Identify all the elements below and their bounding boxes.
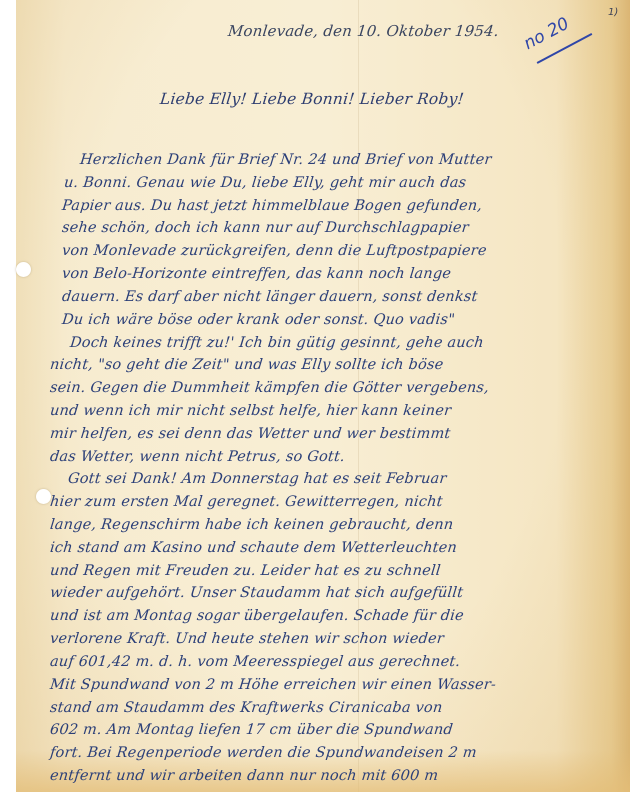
body-line: sehe schön, doch ich kann nur auf Durchs… (61, 220, 469, 236)
body-line: verlorene Kraft. Und heute stehen wir sc… (49, 631, 445, 647)
body-line: sein. Gegen die Dummheit kämpfen die Göt… (49, 380, 490, 396)
body-line: das Wetter, wenn nicht Petrus, so Gott. (49, 449, 346, 465)
paper-fold (358, 0, 359, 792)
body-line: Herzlichen Dank für Brief Nr. 24 und Bri… (79, 152, 492, 168)
body-line: und Regen mit Freuden zu. Leider hat es … (49, 563, 441, 579)
body-line: auf 601,42 m. d. h. vom Meeresspiegel au… (49, 654, 461, 670)
body-line: und ist am Montag sogar übergelaufen. Sc… (49, 608, 464, 624)
body-line: Papier aus. Du hast jetzt himmelblaue Bo… (61, 198, 483, 214)
body-line: nicht, "so geht die Zeit" und was Elly s… (49, 357, 444, 373)
body-line: von Monlevade zurückgreifen, denn die Lu… (61, 243, 487, 259)
body-line: Gott sei Dank! Am Donnerstag hat es seit… (67, 471, 447, 487)
hole-punch-upper (16, 262, 31, 277)
hole-punch-lower (36, 489, 51, 504)
body-line: lange, Regenschirm habe ich keinen gebra… (49, 517, 454, 533)
body-line: hier zum ersten Mal geregnet. Gewitterre… (49, 494, 443, 510)
body-line: mir helfen, es sei denn das Wetter und w… (49, 426, 451, 442)
body-line: dauern. Es darf aber nicht länger dauern… (61, 289, 478, 305)
body-line: Mit Spundwand von 2 m Höhe erreichen wir… (49, 677, 497, 693)
place-date-header: Monlevade, den 10. Oktober 1954. (227, 22, 500, 40)
body-line: wieder aufgehört. Unser Staudamm hat sic… (49, 585, 464, 601)
body-line: stand am Staudamm des Kraftwerks Ciranic… (49, 700, 443, 716)
letter-page (16, 0, 630, 792)
body-line: von Belo-Horizonte eintreffen, das kann … (61, 266, 452, 282)
body-line: 602 m. Am Montag liefen 17 cm über die S… (49, 722, 454, 738)
body-line: ich stand am Kasino und schaute dem Wett… (49, 540, 458, 556)
body-line: entfernt und wir arbeiten dann nur noch … (49, 768, 439, 784)
body-line: fort. Bei Regenperiode werden die Spundw… (49, 745, 477, 761)
body-line: Doch keines trifft zu!' Ich bin gütig ge… (69, 335, 484, 351)
body-line: und wenn ich mir nicht selbst helfe, hie… (49, 403, 452, 419)
page-marker: 1) (608, 7, 618, 18)
salutation: Liebe Elly! Liebe Bonni! Lieber Roby! (159, 90, 465, 108)
body-line: Du ich wäre böse oder krank oder sonst. … (61, 312, 456, 328)
body-line: u. Bonni. Genau wie Du, liebe Elly, geht… (63, 175, 467, 191)
